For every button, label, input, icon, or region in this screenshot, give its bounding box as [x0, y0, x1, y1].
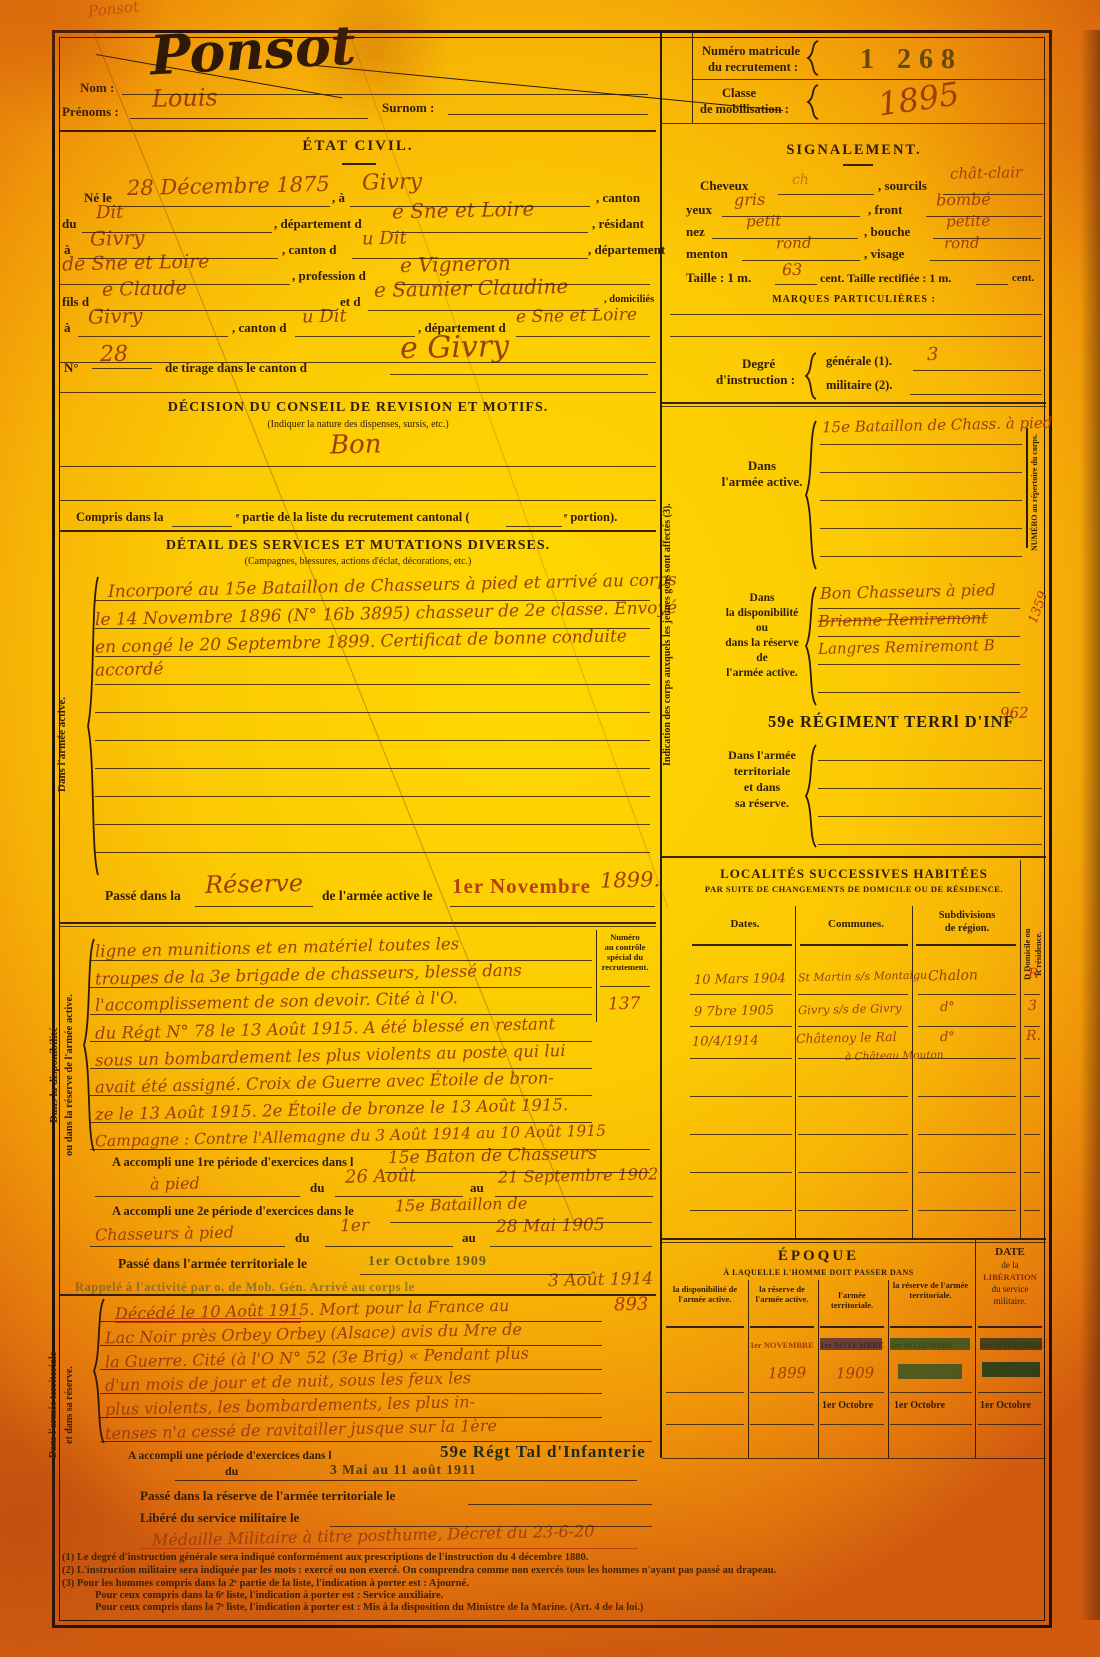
ruled-line — [130, 118, 368, 119]
title-rule — [342, 163, 376, 165]
ruled-line — [662, 406, 1046, 407]
ruled-line — [722, 216, 860, 217]
ruled-line — [690, 1172, 792, 1173]
services-subtitle: (Campagnes, blessures, actions d'éclat, … — [60, 556, 656, 567]
canton-label-2: , canton d — [282, 242, 337, 258]
footnote: (3) Pour les hommes compris dans la 2ᵉ p… — [62, 1578, 469, 1589]
compris-label-2: ᵉ partie de la liste du recrutement cant… — [236, 510, 470, 525]
ruled-line — [820, 528, 1022, 529]
ruled-line — [690, 1096, 792, 1097]
ruled-line — [95, 796, 650, 797]
passe-reserve-year: 1899. — [600, 867, 661, 892]
ruled-line — [60, 130, 656, 132]
ruled-line — [448, 114, 648, 115]
dispo-value-2-crossed: Brienne Remiremont — [818, 608, 988, 631]
ruled-line — [172, 526, 232, 527]
periode1-to: 21 Septembre 1902 — [498, 1164, 659, 1186]
ruled-line — [820, 1392, 884, 1393]
passe-territoriale-label: Passé dans l'armée territoriale le — [118, 1256, 307, 1272]
ruled-line — [818, 844, 1042, 845]
prenoms-label: Prénoms : — [62, 104, 119, 120]
loc-row-commune: Givry s/s de Givry — [798, 1001, 902, 1017]
ruled-line — [918, 1210, 1016, 1211]
residence-value: Givry — [90, 225, 145, 250]
ruled-line — [750, 1326, 814, 1328]
date-lib-header-2: de la — [978, 1260, 1042, 1270]
ruled-line — [506, 526, 562, 527]
ruled-line — [933, 238, 1041, 239]
ruled-line — [1024, 1026, 1040, 1027]
ruled-line — [918, 1026, 1016, 1027]
loc-row-dr: R — [1028, 966, 1039, 982]
rule-vertical — [818, 1280, 819, 1458]
ruled-line — [350, 206, 590, 207]
periode2-to: 28 Mai 1905 — [496, 1215, 605, 1237]
militaire-label: militaire (2). — [826, 378, 892, 393]
du-label-p2: du — [295, 1230, 309, 1246]
ruled-line — [1024, 1172, 1040, 1173]
ruled-line — [360, 1274, 590, 1275]
brace-glyph — [806, 40, 820, 76]
armee-active-label-1: Dans — [712, 458, 812, 474]
canton-label-1: , canton — [596, 190, 640, 206]
green-stamp-blot-2 — [982, 1362, 1040, 1377]
ruled-line — [820, 556, 1022, 557]
ruled-line — [82, 232, 272, 233]
ruled-line — [692, 944, 792, 946]
signalement-title: SIGNALEMENT. — [662, 142, 1046, 159]
ruled-line — [100, 1321, 602, 1322]
ruled-line — [330, 1526, 652, 1527]
periode2-from: 1er — [340, 1216, 369, 1237]
father-name: e Claude — [102, 277, 187, 301]
ruled-line — [450, 906, 655, 907]
ruled-line — [692, 79, 1046, 80]
periode2-corps-2: Chasseurs à pied — [95, 1223, 234, 1245]
generale-value: 3 — [927, 344, 939, 365]
ruled-line — [690, 1210, 792, 1211]
rule-vertical — [692, 33, 693, 123]
ruled-line — [95, 824, 650, 825]
periode-terr-label: A accompli une période d'exercices dans … — [128, 1450, 332, 1462]
signature: Ponsot — [148, 13, 357, 88]
domicilies-label: , domiciliés — [604, 294, 654, 305]
birth-date: 28 Décembre 1875 — [127, 172, 330, 200]
visage-label: , visage — [864, 246, 904, 262]
ruled-line — [943, 194, 1043, 195]
canton-dit-2: u Dit — [362, 228, 407, 250]
ruled-line — [818, 760, 1042, 761]
territorial-margin-label-2: et dans sa réserve. — [64, 1310, 75, 1500]
decision-value: Bon — [330, 429, 382, 460]
service-entry-line: accordé — [95, 659, 164, 680]
ruled-line — [195, 906, 313, 907]
domicile-value: Givry — [88, 303, 143, 328]
ruled-line — [95, 852, 650, 853]
ruled-line — [115, 1322, 301, 1323]
ruled-line — [890, 1424, 972, 1425]
localites-subtitle: PAR SUITE DE CHANGEMENTS DE DOMICILE OU … — [662, 884, 1046, 894]
novembre-stamp-reserve: 1er NOVEMBRE — [750, 1340, 814, 1350]
ruled-line — [750, 1392, 814, 1393]
ruled-line — [90, 1149, 650, 1150]
octobre-row-res-terr: 1er Octobre — [894, 1400, 945, 1411]
ruled-line — [976, 284, 1008, 285]
compris-label-1: Compris dans la — [76, 510, 164, 525]
ruled-line — [100, 1417, 602, 1418]
title-rule — [843, 164, 873, 166]
ruled-line — [100, 1369, 602, 1370]
ruled-line — [352, 258, 588, 259]
sourcils-label: , sourcils — [878, 178, 927, 194]
ruled-line — [95, 712, 650, 713]
loc-row-subdiv: d° — [940, 1000, 955, 1015]
mother-name: e Saunier Claudine — [374, 274, 569, 302]
residant-label: , résidant — [592, 216, 644, 232]
ruled-line — [978, 1326, 1042, 1328]
ruled-line — [90, 1068, 592, 1069]
loc-row-commune: Châtenoy le Ral — [796, 1029, 897, 1046]
ruled-line — [100, 1393, 602, 1394]
rule-vertical — [748, 1280, 749, 1458]
au-label-p2: au — [462, 1230, 476, 1246]
ruled-line — [95, 656, 650, 657]
fils-de-label: fils d — [62, 294, 89, 310]
col-communes-header: Communes. — [802, 918, 910, 930]
ruled-line — [390, 374, 648, 375]
loc-row-date: 10 Mars 1904 — [694, 971, 786, 988]
ruled-line — [662, 856, 1046, 858]
matricule-label-2: du recrutement : — [708, 60, 798, 75]
ruled-line — [90, 1095, 592, 1096]
ruled-line — [1024, 1096, 1040, 1097]
ruled-line — [690, 1058, 792, 1059]
loc-row-commune-note: à Château Mouton — [845, 1049, 944, 1063]
epoque-col-header: la réserve de l'armée active. — [748, 1284, 816, 1304]
ruled-line — [820, 500, 1022, 501]
ruled-line — [495, 1196, 653, 1197]
rule-vertical — [1020, 860, 1021, 1240]
brace-glyph — [804, 744, 818, 848]
numero-repertoire-label: NUMÉRO au répertoire du corps. — [1030, 425, 1039, 560]
loc-row-commune: St Martin s/s Montaigu — [798, 969, 927, 985]
ruled-line — [90, 960, 592, 961]
dispo-label-5: de — [712, 652, 812, 664]
ruled-line — [670, 314, 1042, 315]
armee-active-label-2: l'armée active. — [704, 474, 820, 490]
footnote: Pour ceux compris dans la 6ᵉ liste, l'in… — [95, 1590, 443, 1601]
ruled-line — [92, 368, 152, 369]
octobre-row-lib: 1er Octobre — [980, 1400, 1031, 1411]
ruled-line — [60, 922, 656, 924]
passe-reserve-label-2: de l'armée active le — [322, 888, 433, 904]
loc-row-date: 10/4/1914 — [692, 1033, 759, 1049]
bouche-label: , bouche — [864, 224, 910, 240]
armee-active-margin-label: Dans l'armée active. — [56, 640, 68, 850]
periode1-from: 26 Août — [345, 1165, 417, 1187]
ruled-line — [60, 530, 656, 532]
col-subdiv-header-2: de région. — [916, 923, 1018, 934]
epoque-subtitle: À LAQUELLE L'HOMME DOIT PASSER DANS — [662, 1268, 975, 1277]
ruled-line — [95, 628, 650, 629]
col-dates-header: Dates. — [695, 918, 795, 930]
ruled-line — [798, 1026, 908, 1027]
ruled-line — [516, 336, 650, 337]
generale-label: générale (1). — [826, 354, 892, 369]
controle-value: 137 — [608, 994, 641, 1015]
ruled-line — [820, 1424, 884, 1425]
territorial-num: 893 — [614, 1294, 649, 1316]
degre-label-2: d'instruction : — [716, 372, 795, 388]
ruled-line — [60, 926, 656, 927]
prenoms-value: Louis — [152, 83, 218, 112]
degre-label-1: Degré — [742, 356, 775, 372]
ruled-line — [662, 1458, 1046, 1459]
ruled-line — [690, 1134, 792, 1135]
overstamp-green — [890, 1338, 970, 1350]
libere-label: Libéré du service militaire le — [140, 1510, 299, 1526]
ruled-line — [913, 370, 1041, 371]
overstamp-dark — [820, 1338, 882, 1350]
marques-label: MARQUES PARTICULIÈRES : — [662, 294, 1046, 305]
reserve-terr-label: Passé dans la réserve de l'armée territo… — [140, 1488, 395, 1504]
passe-reserve-value: Réserve — [205, 869, 304, 899]
brace-glyph — [804, 586, 818, 706]
ruled-line — [890, 1392, 972, 1393]
ruled-line — [95, 684, 650, 685]
ruled-line — [778, 194, 874, 195]
brace-glyph — [82, 938, 96, 1152]
a-label-3: à — [64, 320, 71, 336]
periode2-label: A accompli une 2e période d'exercices da… — [112, 1204, 354, 1219]
footnote: Pour ceux compris dans la 7ᵉ liste, l'in… — [95, 1602, 643, 1613]
ruled-line — [368, 310, 600, 311]
canton-label-3: , canton d — [232, 320, 287, 336]
margin-scribble: Ponsot — [87, 0, 140, 21]
ruled-line — [1024, 1134, 1040, 1135]
ruled-line — [95, 310, 337, 311]
ruled-line — [820, 472, 1022, 473]
brace-glyph — [804, 352, 818, 400]
du-label-terr: du — [225, 1464, 238, 1479]
birth-place: Givry — [362, 169, 422, 195]
departement-label-2: , département — [588, 242, 665, 258]
ruled-line — [820, 444, 1022, 445]
ruled-line — [666, 1326, 744, 1328]
ruled-line — [690, 994, 792, 995]
ruled-line — [100, 1441, 652, 1442]
ruled-line — [890, 1326, 972, 1328]
epoque-val-reserve: 1899 — [768, 1364, 807, 1383]
rule-vertical — [660, 33, 662, 1458]
numero-tirage-value: 28 — [100, 342, 129, 368]
ruled-line — [95, 600, 650, 601]
octobre-row-terr: 1er Octobre — [822, 1400, 873, 1411]
yeux-label: yeux — [686, 202, 712, 218]
decision-title: DÉCISION DU CONSEIL DE REVISION ET MOTIF… — [60, 400, 656, 416]
ruled-line — [95, 1196, 300, 1197]
matricule-value: 1 268 — [860, 44, 963, 76]
ruled-line — [392, 232, 588, 233]
canton-dit-3: u Dit — [302, 306, 347, 328]
rule-vertical — [912, 906, 913, 1240]
menton-label: menton — [686, 246, 728, 262]
etat-civil-title: ÉTAT CIVIL. — [60, 138, 656, 155]
controle-label: Numéroau contrôlespécial durecrutement. — [598, 932, 652, 972]
brace-glyph — [86, 576, 100, 876]
epoque-col-header: la disponibilité de l'armée active. — [664, 1284, 746, 1304]
periode-terr-dates: 3 Mai au 11 août 1911 — [330, 1462, 477, 1478]
ruled-line — [600, 986, 650, 987]
ruled-line — [90, 1246, 285, 1247]
octobre-1909-stamp: 1er Octobre 1909 — [368, 1254, 487, 1270]
ruled-line — [910, 394, 1042, 395]
dispo-margin-label-2: ou dans la réserve de l'armée active. — [64, 935, 75, 1215]
rappel-stamp: Rappelé à l'activité par o. de Mob. Gén.… — [75, 1280, 415, 1295]
ruled-line — [798, 1172, 908, 1173]
du-label: du — [62, 216, 76, 232]
ruled-line — [750, 1424, 814, 1425]
ruled-line — [78, 336, 228, 337]
rule-vertical — [1026, 428, 1028, 548]
taille-rectifiee-label: cent. Taille rectifiée : 1 m. — [820, 271, 951, 286]
col-subdiv-header-1: Subdivisions — [916, 910, 1018, 921]
rule-vertical — [795, 906, 796, 1240]
ruled-line — [60, 1294, 656, 1296]
ruled-line — [60, 466, 656, 467]
ruled-line — [818, 664, 1020, 665]
ruled-line — [78, 258, 278, 259]
ruled-line — [798, 1210, 908, 1211]
ruled-line — [122, 94, 648, 95]
ruled-line — [90, 1122, 592, 1123]
nom-label: Nom : — [80, 80, 114, 96]
a-label: , à — [332, 190, 345, 206]
ruled-line — [666, 1424, 744, 1425]
ruled-line — [60, 392, 656, 393]
ruled-line — [662, 1238, 1046, 1240]
ruled-line — [978, 1392, 1042, 1393]
date-lib-header-3: LIBÉRATION — [978, 1272, 1042, 1282]
territorial-margin-label-1: Dans l'armée territoriale — [48, 1300, 59, 1510]
ruled-line — [90, 1041, 592, 1042]
departement-value-1: e Sne et Loire — [392, 197, 535, 224]
ruled-line — [775, 284, 817, 285]
ruled-line — [818, 636, 1020, 637]
ruled-line — [798, 1058, 908, 1059]
ruled-line — [140, 1548, 638, 1549]
ruled-line — [742, 260, 860, 261]
ruled-line — [918, 1134, 1016, 1135]
ruled-line — [325, 1246, 453, 1247]
ruled-line — [60, 500, 656, 501]
nez-label: nez — [686, 224, 705, 240]
cent-label: cent. — [1012, 272, 1034, 284]
ruled-line — [90, 987, 592, 988]
registre-matricule-page: Ponsot Ponsot Nom : Prénoms : Louis Surn… — [0, 0, 1100, 1657]
corps-margin-label: Indication des corps auxquels les jeunes… — [662, 420, 673, 850]
ruled-line — [820, 1326, 884, 1328]
brace-glyph — [806, 84, 820, 120]
ruled-line — [175, 1480, 637, 1481]
dispo-value-3: Langres Remiremont B — [818, 636, 995, 658]
green-stamp-blot — [898, 1364, 962, 1379]
sourcils-value: chât-clair — [950, 163, 1023, 183]
ruled-line — [818, 692, 1020, 693]
front-label: , front — [868, 202, 902, 218]
ruled-line — [918, 1096, 1016, 1097]
ruled-line — [662, 1242, 1046, 1243]
bouche-value: petite — [946, 212, 991, 231]
overstamp-green-2 — [980, 1338, 1042, 1350]
dispo-label-3: ou — [712, 622, 812, 634]
ruled-line — [1024, 1058, 1040, 1059]
ruled-line — [926, 216, 1042, 217]
tirage-canton-value: e Givry — [400, 329, 510, 366]
dispo-margin-label-1: Dans la disponibilité — [48, 950, 60, 1200]
ruled-line — [916, 944, 1016, 946]
date-lib-header-1: DATE — [978, 1246, 1042, 1258]
rule-vertical — [888, 1280, 889, 1458]
ruled-line — [666, 1392, 744, 1393]
epoque-val-terr: 1909 — [836, 1364, 875, 1383]
rule-vertical — [596, 930, 597, 1022]
brace-glyph — [92, 1298, 106, 1444]
ruled-line — [468, 1504, 652, 1505]
du-label-p1: du — [310, 1180, 324, 1196]
departement-value-3: e Sne et Loire — [516, 305, 637, 328]
epoque-col-header: l'armée territoriale. — [818, 1290, 886, 1310]
date-lib-header-5: militaire. — [978, 1296, 1042, 1306]
dispo-value-1: Bon Chasseurs à pied — [820, 580, 996, 603]
departement-value-2: de Sne et Loire — [62, 250, 210, 275]
ruled-line — [1024, 994, 1040, 995]
profession-value: e Vigneron — [400, 251, 511, 277]
surnom-label: Surnom : — [382, 100, 434, 116]
epoque-col-header: la réserve de l'armée territoriale. — [888, 1280, 973, 1300]
classe-label-1: Classe — [722, 86, 756, 101]
ruled-line — [818, 816, 1042, 817]
decision-subtitle: (Indiquer la nature des dispenses, sursi… — [60, 419, 656, 430]
yeux-value: gris — [734, 190, 766, 210]
footnote: (2) L'instruction militaire sera indiqué… — [62, 1565, 776, 1576]
services-title: DÉTAIL DES SERVICES ET MUTATIONS DIVERSE… — [60, 538, 656, 554]
ruled-line — [798, 994, 908, 995]
ruled-line — [662, 123, 1046, 124]
ruled-line — [930, 260, 1040, 261]
ruled-line — [385, 1172, 650, 1173]
ruled-line — [798, 1096, 908, 1097]
ruled-line — [818, 608, 1020, 609]
matricule-label-1: Numéro matricule — [702, 44, 800, 59]
ruled-line — [690, 1026, 792, 1027]
brace-glyph — [804, 420, 818, 570]
ruled-line — [798, 1134, 908, 1135]
periode1-label: A accompli une 1re période d'exercices d… — [112, 1155, 354, 1170]
ruled-line — [1024, 1210, 1040, 1211]
rule-vertical — [975, 1240, 976, 1458]
taille-label: Taille : 1 m. — [686, 270, 751, 286]
visage-value: rond — [944, 234, 980, 253]
nez-value: petit — [746, 212, 782, 231]
date-lib-header-4: du service — [978, 1284, 1042, 1294]
ruled-line — [396, 284, 650, 285]
regiment-terr-stamp: 59e RÉGIMENT TERRl D'INF — [768, 712, 1015, 732]
loc-row-dr: R. — [1026, 1028, 1041, 1044]
compris-label-3: ᵉ portion). — [564, 510, 617, 525]
front-value: bombé — [936, 189, 991, 209]
ruled-line — [60, 362, 656, 363]
